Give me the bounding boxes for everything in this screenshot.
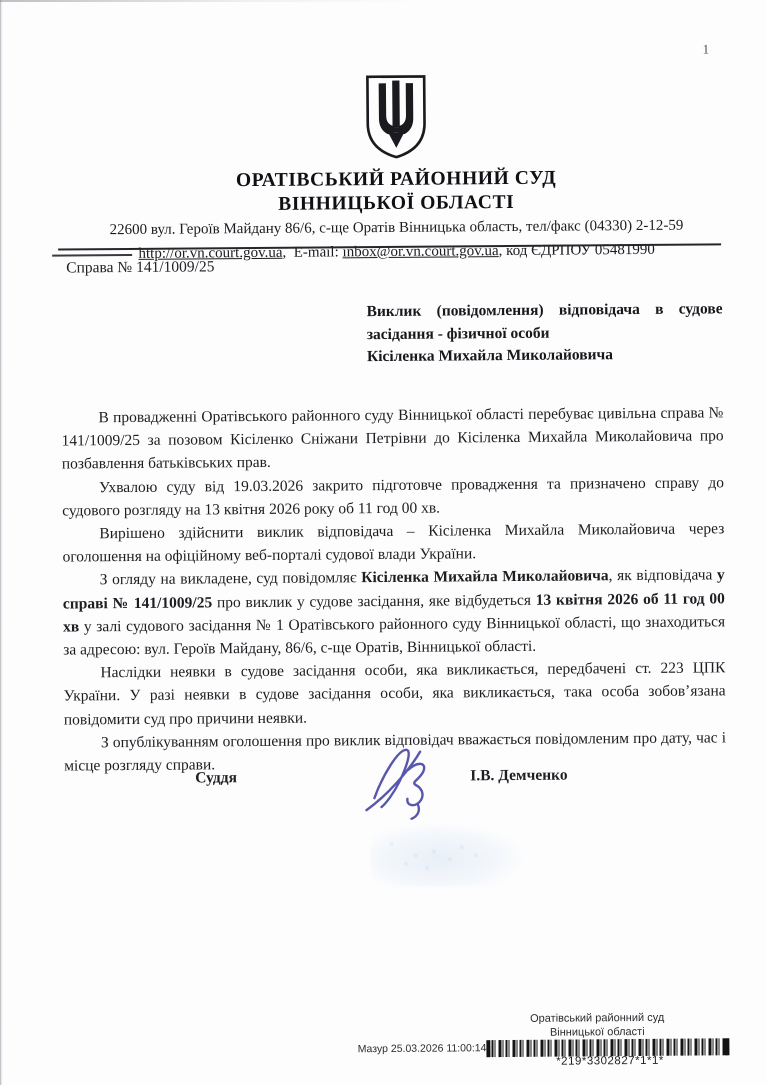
document-body: В провадженні Оратівського районного суд… xyxy=(61,401,726,777)
registration-stamp-court-name: Оратівський районний суд Вінницької обла… xyxy=(466,1011,728,1040)
summons-text: у залі судового засідання № 1 Оратівсько… xyxy=(63,613,725,658)
judge-role-label: Суддя xyxy=(195,769,237,787)
ukraine-trident-emblem-icon xyxy=(362,72,429,163)
paragraph-consequences: Наслідки неявки в судове засідання особи… xyxy=(63,657,726,732)
summons-text: , як відповідача xyxy=(609,567,717,585)
summons-text: про виклик у судове засідання, яке відбу… xyxy=(212,591,536,611)
document-subject-block: Виклик (повідомлення) відповідача в судо… xyxy=(367,298,724,368)
scan-edge-left xyxy=(0,0,3,1085)
subject-line2: засідання - фізичної особи xyxy=(367,321,723,346)
subject-line3: Кісіленка Михайла Миколайовича xyxy=(367,343,723,368)
court-name-line2: ВІННИЦЬКОЇ ОБЛАСТІ xyxy=(28,190,765,218)
paragraph-summons: З огляду на викладене, суд повідомляє Кі… xyxy=(63,564,726,662)
paragraph-call-decision: Вирішено здійснити виклик відповідача – … xyxy=(62,517,724,569)
page-number: 1 xyxy=(703,41,710,57)
scan-edge-top xyxy=(0,0,420,2)
paragraph-ruling: Ухвалою суду від 19.03.2026 закрито підг… xyxy=(62,471,724,523)
stamp-operator-datetime: Мазур 25.03.2026 11:00:14 xyxy=(352,1042,486,1055)
ink-bleed-through-artifact xyxy=(371,824,521,887)
case-number: Справа № 141/1009/25 xyxy=(66,258,214,277)
handwritten-signature-icon xyxy=(362,744,447,823)
judge-name: І.В. Демченко xyxy=(470,767,567,786)
barcode-value: *219*3302827*1*1* xyxy=(491,1054,728,1068)
paragraph-case-intro: В провадженні Оратівського районного суд… xyxy=(61,401,724,476)
summons-text: З огляду на викладене, суд повідомляє xyxy=(100,570,362,589)
court-letterhead: ОРАТІВСЬКИЙ РАЙОННИЙ СУД ВІННИЦЬКОЇ ОБЛА… xyxy=(27,69,765,266)
subject-line1: Виклик (повідомлення) відповідача в судо… xyxy=(367,298,723,323)
court-name-line1: ОРАТІВСЬКИЙ РАЙОННИЙ СУД xyxy=(28,166,765,194)
document-content: 1 ОРАТІВСЬКИЙ РАЙОННИЙ СУД ВІННИЦЬКОЇ ОБ… xyxy=(0,0,767,1085)
scanned-document-page: 1 ОРАТІВСЬКИЙ РАЙОННИЙ СУД ВІННИЦЬКОЇ ОБ… xyxy=(0,0,767,1085)
court-address-line: 22600 вул. Героїв Майдану 86/6, с-ще Ора… xyxy=(28,215,765,242)
respondent-name-bold: Кісіленка Михайла Миколайовича xyxy=(361,568,609,587)
